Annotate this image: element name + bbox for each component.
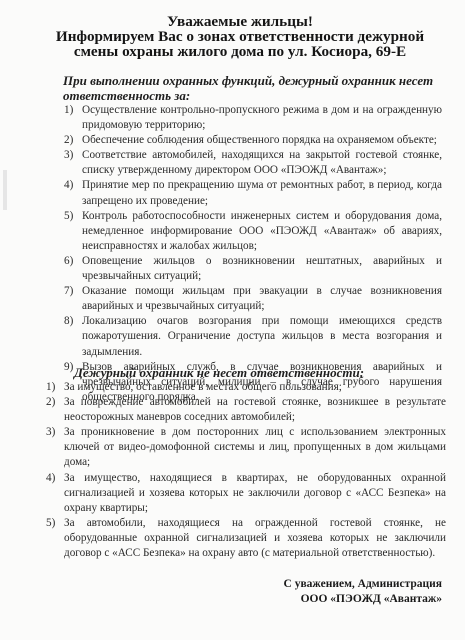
item-text: Оповещение жильцов о возникновении нешта… — [82, 255, 442, 282]
item-text: За имущество, находящиеся в квартирах, н… — [64, 472, 446, 514]
item-text: Обеспечение соблюдения общественного пор… — [82, 134, 437, 146]
list-item: 8)Локализацию очагов возгорания при помо… — [82, 314, 442, 359]
signature-block: С уважением, Администрация ООО «ПЭОЖД «А… — [200, 577, 442, 607]
item-text: Локализацию очагов возгорания при помощи… — [82, 315, 442, 357]
item-number: 7) — [64, 284, 73, 299]
item-number: 9) — [64, 360, 73, 375]
non-responsibilities-heading: Дежурный охранник не несет ответственнос… — [74, 365, 454, 380]
item-text: Контроль работоспособности инженерных си… — [82, 210, 442, 252]
item-number: 1) — [64, 103, 73, 118]
signature-line-2: ООО «ПЭОЖД «Авантаж» — [200, 592, 442, 607]
title-greeting: Уважаемые жильцы! — [40, 14, 440, 29]
item-number: 2) — [64, 133, 73, 148]
item-text: Осуществление контрольно-пропускного реж… — [82, 104, 442, 131]
signature-line-1: С уважением, Администрация — [200, 577, 442, 592]
item-number: 3) — [46, 425, 55, 440]
responsibilities-list: 1)Осуществление контрольно-пропускного р… — [64, 103, 442, 405]
list-item: 5)За автомобили, находящиеся на огражден… — [64, 516, 446, 561]
non-responsibilities-list: 1)За имущество, оставленное в местах общ… — [46, 380, 446, 561]
item-number: 5) — [46, 516, 55, 531]
item-number: 4) — [46, 471, 55, 486]
item-text: Соответствие автомобилей, находящихся на… — [82, 149, 442, 176]
list-item: 6)Оповещение жильцов о возникновении неш… — [82, 254, 442, 284]
responsibilities-heading: При выполнении охранных функций, дежурны… — [63, 73, 443, 103]
list-item: 5)Контроль работоспособности инженерных … — [82, 209, 442, 254]
item-number: 4) — [64, 178, 73, 193]
item-number: 5) — [64, 209, 73, 224]
title-line-3: смены охраны жилого дома по ул. Косиора,… — [40, 44, 440, 59]
list-item: 4)Принятие мер по прекращению шума от ре… — [82, 178, 442, 208]
item-text: Принятие мер по прекращению шума от ремо… — [82, 179, 442, 206]
list-item: 3)Соответствие автомобилей, находящихся … — [82, 148, 442, 178]
title-line-2: Информируем Вас о зонах ответственности … — [40, 29, 440, 44]
notice-page: Уважаемые жильцы! Информируем Вас о зона… — [0, 0, 465, 640]
scan-artifact — [3, 170, 7, 210]
item-number: 6) — [64, 254, 73, 269]
list-item: 1)Осуществление контрольно-пропускного р… — [82, 103, 442, 133]
item-text: Оказание помощи жильцам при эвакуации в … — [82, 285, 442, 312]
list-item: 7)Оказание помощи жильцам при эвакуации … — [82, 284, 442, 314]
item-number: 3) — [64, 148, 73, 163]
item-text: За проникновение в дом посторонних лиц с… — [64, 426, 446, 468]
item-number: 1) — [46, 380, 55, 395]
notice-title: Уважаемые жильцы! Информируем Вас о зона… — [40, 14, 440, 59]
list-item: 3)За проникновение в дом посторонних лиц… — [64, 425, 446, 470]
list-item: 1)За имущество, оставленное в местах общ… — [64, 380, 446, 395]
item-number: 8) — [64, 314, 73, 329]
list-item: 4)За имущество, находящиеся в квартирах,… — [64, 471, 446, 516]
item-text: За повреждение автомобилей на гостевой с… — [64, 396, 446, 423]
item-text: За автомобили, находящиеся на огражденно… — [64, 517, 446, 559]
list-item: 2)Обеспечение соблюдения общественного п… — [82, 133, 442, 148]
item-number: 2) — [46, 395, 55, 410]
item-text: За имущество, оставленное в местах общег… — [64, 381, 342, 393]
list-item: 2)За повреждение автомобилей на гостевой… — [64, 395, 446, 425]
